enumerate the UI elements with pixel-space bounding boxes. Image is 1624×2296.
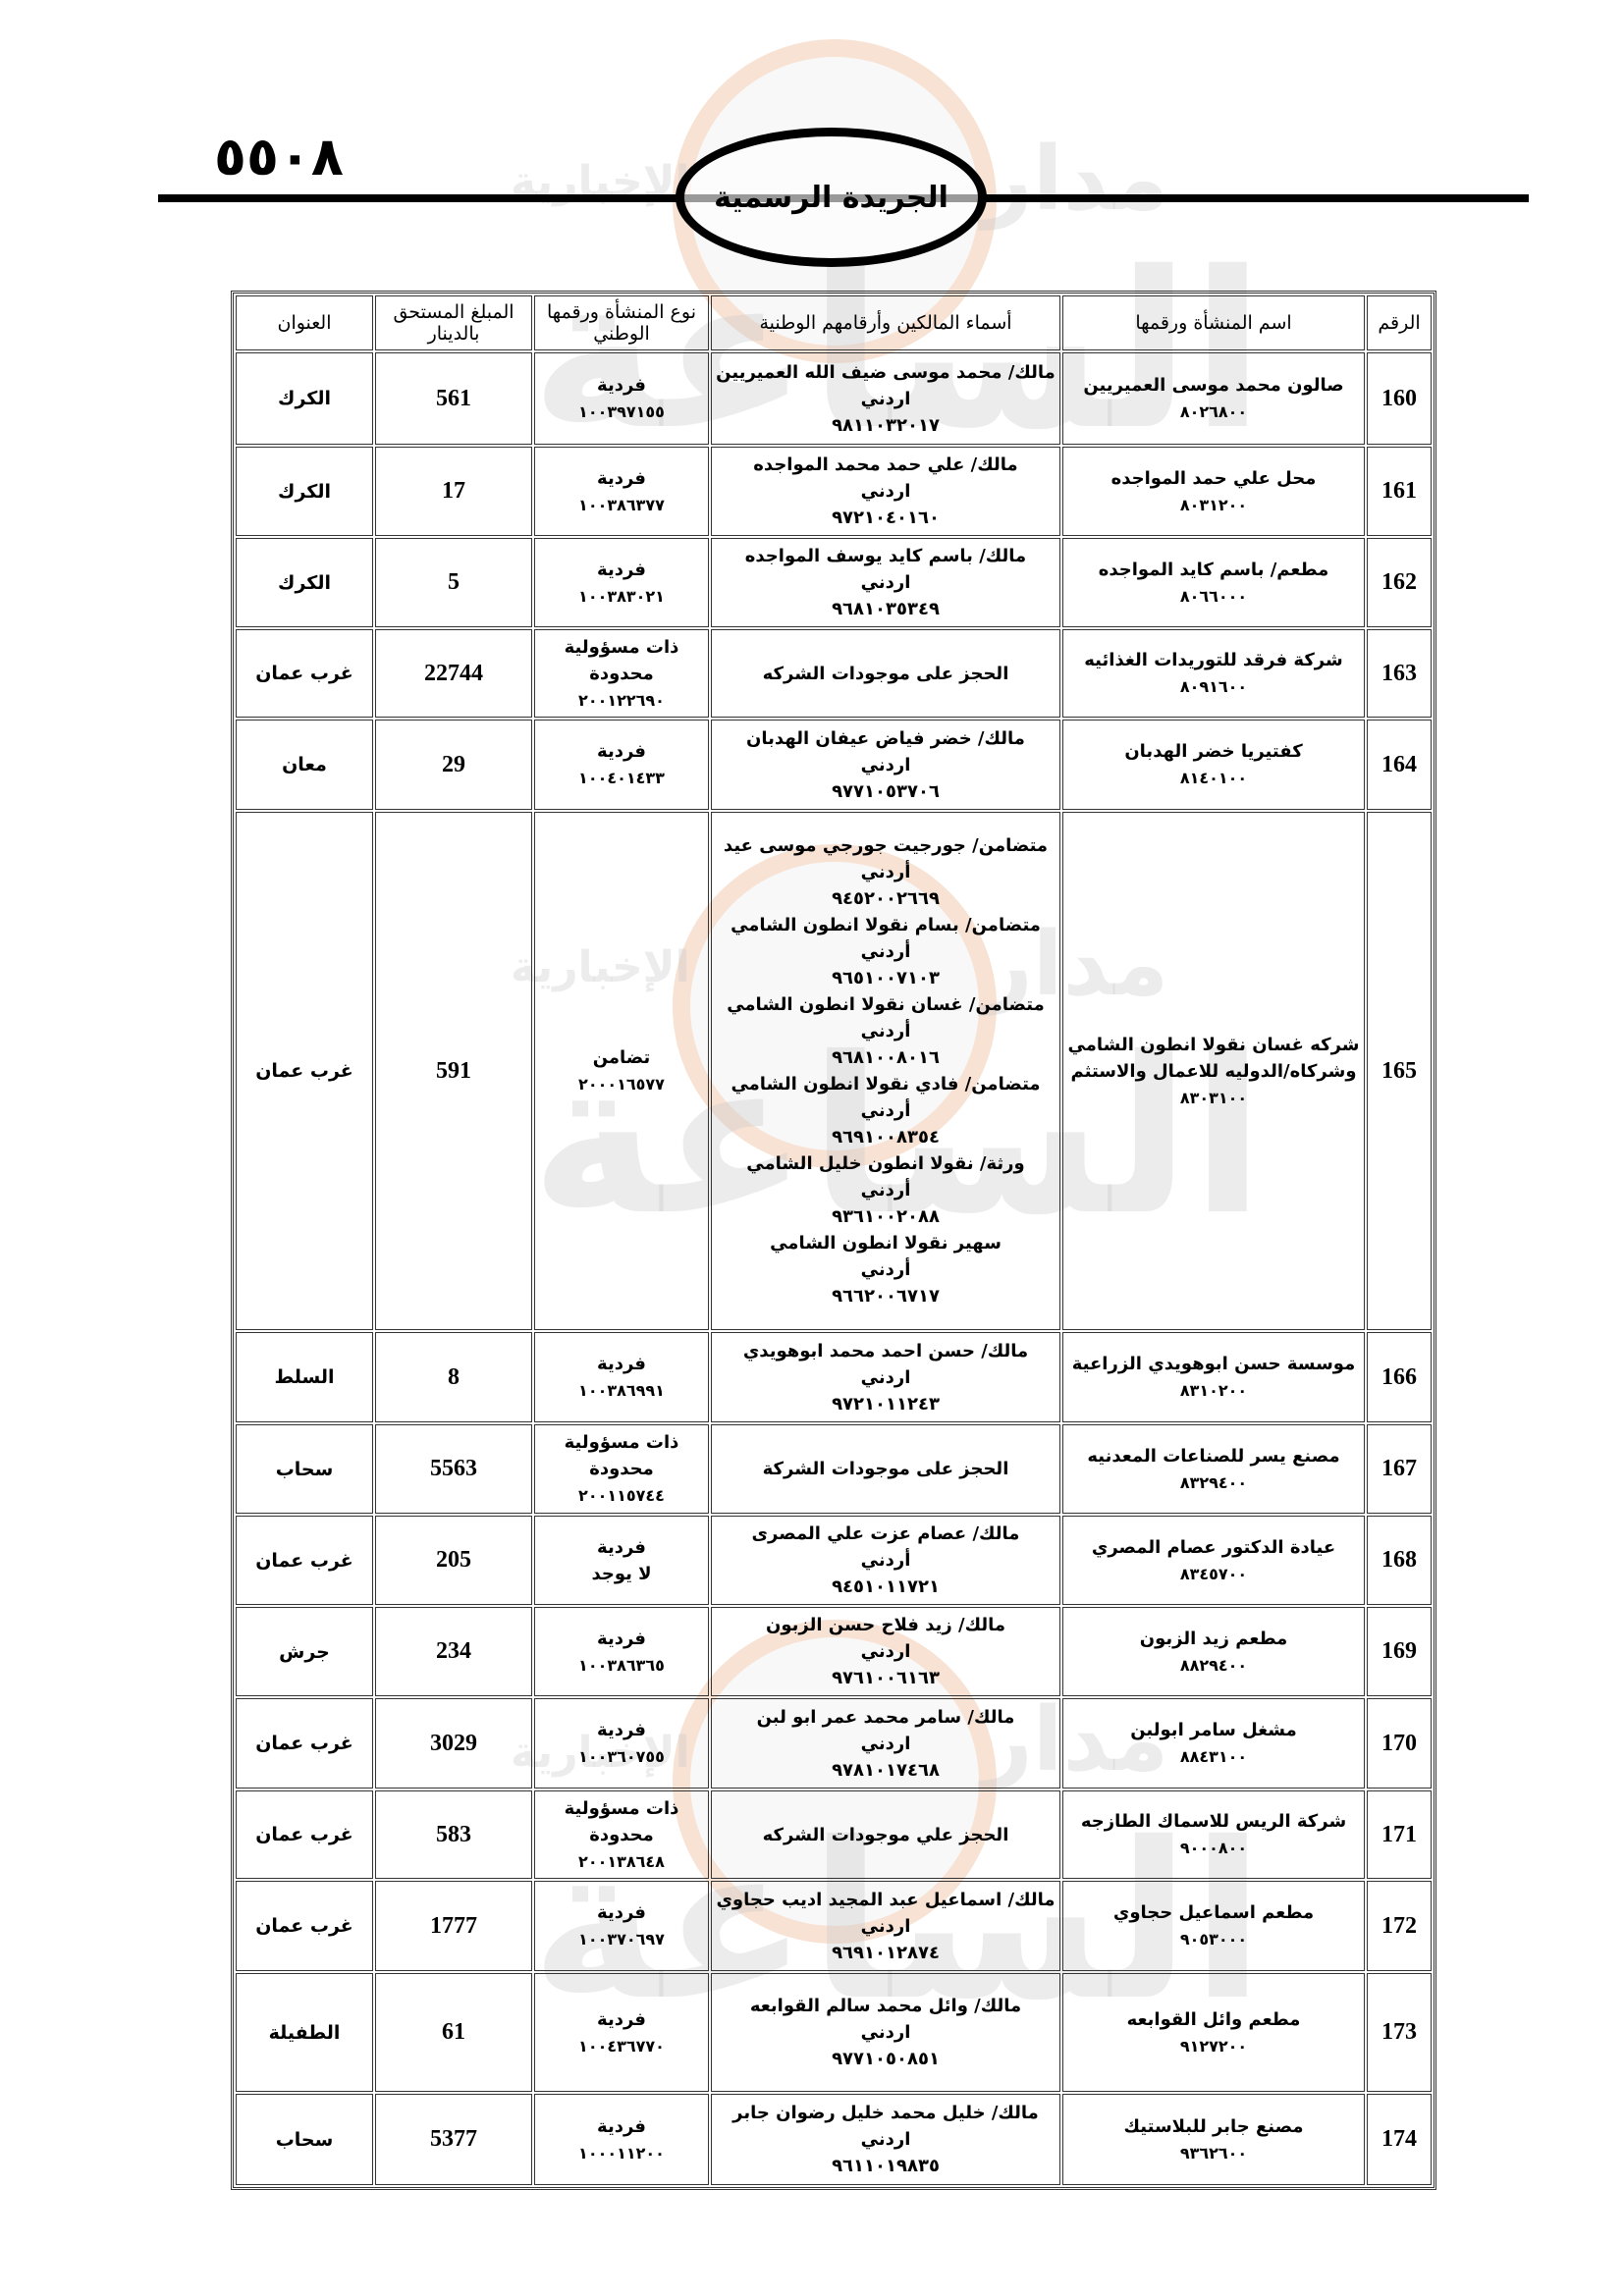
type-line: فردية [539, 1534, 704, 1561]
establishment-line: ٨٠٣١٢٠٠ [1067, 492, 1360, 518]
owners-cell: مالك/ زيد فلاح حسن الزبوناردني٩٧٦١٠٠٦١٦٣ [711, 1607, 1060, 1696]
table-row: 163شركة فرقد للتوريدات الغذائيه٨٠٩١٦٠٠ال… [236, 629, 1432, 718]
type-cell: ذات مسؤوليةمحدودة٢٠٠١٣٨٦٤٨ [534, 1790, 709, 1879]
table-row: 166موسسة حسن ابوهويدي الزراعية٨٣١٠٢٠٠مال… [236, 1332, 1432, 1422]
table-row: 164كفتيريا خضر الهدبان٨١٤٠١٠٠مالك/ خضر ف… [236, 720, 1432, 810]
establishment-cell: شركه غسان نقولا انطون الشاميوشركاه/الدول… [1062, 812, 1365, 1330]
establishment-line: ٨٠٦٦٠٠٠ [1067, 583, 1360, 610]
establishment-cell: مصنع يسر للصناعات المعدنيه٨٣٢٩٤٠٠ [1062, 1424, 1365, 1514]
type-line: فردية [539, 1626, 704, 1652]
table-row: 167مصنع يسر للصناعات المعدنيه٨٣٢٩٤٠٠الحج… [236, 1424, 1432, 1514]
owner-line: ٩٤٥١٠١١٧٢١ [716, 1574, 1056, 1600]
row-number: 172 [1367, 1881, 1432, 1971]
amount-due: 22744 [375, 629, 532, 718]
establishment-cell: مطعم زيد الزبون٨٨٢٩٤٠٠ [1062, 1607, 1365, 1696]
establishment-cell: كفتيريا خضر الهدبان٨١٤٠١٠٠ [1062, 720, 1365, 810]
establishment-line: وشركاه/الدوليه للاعمال والاستثم [1067, 1058, 1360, 1085]
row-number: 174 [1367, 2094, 1432, 2185]
amount-due: 583 [375, 1790, 532, 1879]
amount-due: 561 [375, 352, 532, 445]
type-line: ١٠٠٣٨٣٠٢١ [539, 583, 704, 610]
row-number: 169 [1367, 1607, 1432, 1696]
owners-cell: متضامن/ جورجيت جورجي موسى عيدأردني٩٤٥٢٠٠… [711, 812, 1060, 1330]
owner-line: اردني [716, 2126, 1056, 2153]
address: غرب عمان [236, 1698, 373, 1789]
owner-line: أردني [716, 1256, 1056, 1283]
type-cell: فردية١٠٠٣٦٠٧٥٥ [534, 1698, 709, 1789]
establishment-line: صالون محمد موسى العميريين [1067, 372, 1360, 399]
type-line: ١٠٠٣٩٧١٥٥ [539, 399, 704, 425]
type-cell: فرديةلا يوجد [534, 1516, 709, 1605]
owner-line: مالك/ وائل محمد سالم القوابعه [716, 1993, 1056, 2019]
row-number: 171 [1367, 1790, 1432, 1879]
table-row: 165شركه غسان نقولا انطون الشاميوشركاه/ال… [236, 812, 1432, 1330]
owner-line: أردني [716, 1097, 1056, 1124]
owner-line: اردني [716, 569, 1056, 596]
owner-line: اردني [716, 1731, 1056, 1757]
owners-cell: مالك/ عصام عزت علي المصرىأردني٩٤٥١٠١١٧٢١ [711, 1516, 1060, 1605]
table-row: 173مطعم وائل القوابعه٩١٢٧٢٠٠مالك/ وائل م… [236, 1973, 1432, 2092]
table-row: 168عيادة الدكتور عصام المصري٨٣٤٥٧٠٠مالك/… [236, 1516, 1432, 1605]
type-line: ١٠٠٠١١٢٠٠ [539, 2140, 704, 2166]
owners-cell: الحجز على موجودات الشركة [711, 1424, 1060, 1514]
type-cell: فردية١٠٠٣٨٣٠٢١ [534, 538, 709, 627]
establishment-line: ٨٨٢٩٤٠٠ [1067, 1652, 1360, 1679]
type-line: فردية [539, 2113, 704, 2140]
amount-due: 17 [375, 447, 532, 536]
establishment-line: كفتيريا خضر الهدبان [1067, 738, 1360, 765]
address: الكرك [236, 352, 373, 445]
establishment-line: مصنع يسر للصناعات المعدنيه [1067, 1443, 1360, 1469]
gazette-title: الجريدة الرسمية [714, 181, 948, 215]
amount-due: 5377 [375, 2094, 532, 2185]
table-row: 169مطعم زيد الزبون٨٨٢٩٤٠٠مالك/ زيد فلاح … [236, 1607, 1432, 1696]
owner-line: ٩٦٨١٠٠٨٠١٦ [716, 1044, 1056, 1071]
row-number: 161 [1367, 447, 1432, 536]
owner-line: مالك/ محمد موسى ضيف الله العميريين [716, 359, 1056, 386]
type-line: محدودة [539, 1822, 704, 1848]
owner-line: مالك/ اسماعيل عبد المجيد اديب حجاوي [716, 1887, 1056, 1913]
owner-line: ٩٧٦١٠٠٦١٦٣ [716, 1665, 1056, 1691]
amount-due: 205 [375, 1516, 532, 1605]
table-row: 171شركة الريس للاسماك الطازجه٩٠٠٠٨٠٠الحج… [236, 1790, 1432, 1879]
type-cell: تضامن٢٠٠٠١٦٥٧٧ [534, 812, 709, 1330]
type-line: ١٠٠٣٨٦٩٩١ [539, 1377, 704, 1404]
owner-line: ٩٧٧١٠٥٠٨٥١ [716, 2046, 1056, 2072]
row-number: 163 [1367, 629, 1432, 718]
type-line: فردية [539, 465, 704, 492]
establishment-cell: شركة الريس للاسماك الطازجه٩٠٠٠٨٠٠ [1062, 1790, 1365, 1879]
type-line: ٢٠٠١١٥٧٤٤ [539, 1482, 704, 1509]
type-cell: فردية١٠٠٤٠١٤٣٣ [534, 720, 709, 810]
type-line: فردية [539, 1351, 704, 1377]
type-line: محدودة [539, 1456, 704, 1482]
owner-line: ٩٦٦٢٠٠٦٧١٧ [716, 1283, 1056, 1309]
type-line: ٢٠٠١٢٢٦٩٠ [539, 687, 704, 714]
establishment-line: محل علي حمد المواجده [1067, 465, 1360, 492]
type-line: تضامن [539, 1044, 704, 1071]
owner-line: مالك/ علي حمد محمد المواجده [716, 452, 1056, 478]
amount-due: 3029 [375, 1698, 532, 1789]
type-line: ١٠٠٣٨٦٣٦٥ [539, 1652, 704, 1679]
type-cell: فردية١٠٠٤٣٦٧٧٠ [534, 1973, 709, 2092]
column-header-owners: أسماء المالكين وأرقامهم الوطنية [711, 295, 1060, 350]
owner-line: متضامن/ جورجيت جورجي موسى عيد [716, 832, 1056, 859]
owner-line: ٩٧٢١٠٤٠١٦٠ [716, 505, 1056, 531]
type-cell: فردية١٠٠٣٨٦٣٧٧ [534, 447, 709, 536]
owner-line: الحجز علي موجودات الشركه [716, 1822, 1056, 1848]
establishment-line: مشغل سامر ابولبن [1067, 1717, 1360, 1743]
column-header-amount: المبلغ المستحق بالدينار [375, 295, 532, 350]
owner-line: مالك/ حسن احمد محمد ابوهويدي [716, 1338, 1056, 1364]
establishment-line: ٨١٤٠١٠٠ [1067, 765, 1360, 791]
establishment-cell: مطعم وائل القوابعه٩١٢٧٢٠٠ [1062, 1973, 1365, 2092]
address: غرب عمان [236, 1516, 373, 1605]
page-number: ٥٥٠٨ [214, 126, 344, 187]
address: معان [236, 720, 373, 810]
establishment-line: شركه غسان نقولا انطون الشامي [1067, 1032, 1360, 1058]
table-row: 174مصنع جابر للبلاستيك٩٣٦٢٦٠٠مالك/ خليل … [236, 2094, 1432, 2185]
address: جرش [236, 1607, 373, 1696]
table-row: 160صالون محمد موسى العميريين٨٠٢٦٨٠٠مالك/… [236, 352, 1432, 445]
establishment-line: شركة فرقد للتوريدات الغذائيه [1067, 647, 1360, 673]
owners-cell: الحجز علي موجودات الشركه [711, 1790, 1060, 1879]
address: غرب عمان [236, 812, 373, 1330]
establishment-line: شركة الريس للاسماك الطازجه [1067, 1808, 1360, 1835]
amount-due: 5 [375, 538, 532, 627]
owner-line: ٩٧٨١٠١٧٤٦٨ [716, 1757, 1056, 1784]
type-line: فردية [539, 372, 704, 399]
establishment-line: ٨٣٢٩٤٠٠ [1067, 1469, 1360, 1496]
notice-table: الرقم اسم المنشأة ورقمها أسماء المالكين … [231, 291, 1436, 2190]
owner-line: أردني [716, 938, 1056, 965]
amount-due: 29 [375, 720, 532, 810]
type-cell: ذات مسؤوليةمحدودة٢٠٠١٢٢٦٩٠ [534, 629, 709, 718]
type-line: ١٠٠٤٣٦٧٧٠ [539, 2033, 704, 2059]
type-line: ٢٠٠٠١٦٥٧٧ [539, 1071, 704, 1097]
owner-line: ورثة/ نقولا انطون خليل الشامي [716, 1150, 1056, 1177]
owners-cell: مالك/ وائل محمد سالم القوابعهاردني٩٧٧١٠٥… [711, 1973, 1060, 2092]
type-line: فردية [539, 557, 704, 583]
watermark-brand-top: مدار [982, 128, 1168, 231]
establishment-cell: مطعم/ باسم كايد المواجده٨٠٦٦٠٠٠ [1062, 538, 1365, 627]
owner-line: أردني [716, 859, 1056, 885]
establishment-line: ٨٠٢٦٨٠٠ [1067, 399, 1360, 425]
owners-cell: مالك/ علي حمد محمد المواجدهاردني٩٧٢١٠٤٠١… [711, 447, 1060, 536]
establishment-line: مصنع جابر للبلاستيك [1067, 2113, 1360, 2140]
establishment-cell: موسسة حسن ابوهويدي الزراعية٨٣١٠٢٠٠ [1062, 1332, 1365, 1422]
owner-line: مالك/ عصام عزت علي المصرى [716, 1521, 1056, 1547]
establishment-cell: مطعم اسماعيل حجاوي٩٠٥٣٠٠٠ [1062, 1881, 1365, 1971]
gazette-title-emblem: الجريدة الرسمية [676, 128, 987, 267]
type-line: ١٠٠٣٨٦٣٧٧ [539, 492, 704, 518]
establishment-line: ٨٨٤٣١٠٠ [1067, 1743, 1360, 1770]
amount-due: 8 [375, 1332, 532, 1422]
owners-cell: مالك/ خليل محمد خليل رضوان جابراردني٩٦١١… [711, 2094, 1060, 2185]
establishment-line: ٩٠٥٣٠٠٠ [1067, 1926, 1360, 1952]
establishment-line: ٩١٢٧٢٠٠ [1067, 2033, 1360, 2059]
owner-line: اردني [716, 1638, 1056, 1665]
type-line: ١٠٠٤٠١٤٣٣ [539, 765, 704, 791]
row-number: 173 [1367, 1973, 1432, 2092]
establishment-cell: صالون محمد موسى العميريين٨٠٢٦٨٠٠ [1062, 352, 1365, 445]
owner-line: الحجز على موجودات الشركة [716, 1456, 1056, 1482]
table-row: 161محل علي حمد المواجده٨٠٣١٢٠٠مالك/ علي … [236, 447, 1432, 536]
owner-line: اردني [716, 752, 1056, 778]
type-cell: فردية١٠٠٣٨٦٣٦٥ [534, 1607, 709, 1696]
amount-due: 234 [375, 1607, 532, 1696]
owner-line: اردني [716, 386, 1056, 412]
address: سحاب [236, 1424, 373, 1514]
amount-due: 1777 [375, 1881, 532, 1971]
owner-line: اردني [716, 2019, 1056, 2046]
owner-line: أردني [716, 1018, 1056, 1044]
type-cell: فردية١٠٠٣٩٧١٥٥ [534, 352, 709, 445]
address: الكرك [236, 447, 373, 536]
column-header-type: نوع المنشأة ورقمها الوطني [534, 295, 709, 350]
address: غرب عمان [236, 1881, 373, 1971]
owner-line: ٩٨١١٠٣٢٠١٧ [716, 412, 1056, 439]
amount-due: 591 [375, 812, 532, 1330]
establishment-line: مطعم/ باسم كايد المواجده [1067, 557, 1360, 583]
row-number: 167 [1367, 1424, 1432, 1514]
establishment-cell: مصنع جابر للبلاستيك٩٣٦٢٦٠٠ [1062, 2094, 1365, 2185]
establishment-line: ٨٣٤٥٧٠٠ [1067, 1561, 1360, 1587]
owner-line: ٩٤٥٢٠٠٢٦٦٩ [716, 885, 1056, 912]
owner-line: مالك/ زيد فلاح حسن الزبون [716, 1612, 1056, 1638]
owner-line: ٩٦٥١٠٠٧١٠٣ [716, 965, 1056, 991]
row-number: 164 [1367, 720, 1432, 810]
establishment-line: مطعم وائل القوابعه [1067, 2006, 1360, 2033]
owner-line: ٩٧٢١٠١١٢٤٣ [716, 1391, 1056, 1417]
owner-line: اردني [716, 478, 1056, 505]
column-header-address: العنوان [236, 295, 373, 350]
amount-due: 61 [375, 1973, 532, 2092]
type-line: فردية [539, 1717, 704, 1743]
establishment-line: ٨٣١٠٢٠٠ [1067, 1377, 1360, 1404]
column-header-number: الرقم [1367, 295, 1432, 350]
owner-line: مالك/ خليل محمد خليل رضوان جابر [716, 2100, 1056, 2126]
establishment-line: موسسة حسن ابوهويدي الزراعية [1067, 1351, 1360, 1377]
type-line: فردية [539, 738, 704, 765]
owner-line: اردني [716, 1913, 1056, 1940]
establishment-cell: مشغل سامر ابولبن٨٨٤٣١٠٠ [1062, 1698, 1365, 1789]
establishment-cell: محل علي حمد المواجده٨٠٣١٢٠٠ [1062, 447, 1365, 536]
table-header-row: الرقم اسم المنشأة ورقمها أسماء المالكين … [236, 295, 1432, 350]
column-header-establishment: اسم المنشأة ورقمها [1062, 295, 1365, 350]
type-line: ذات مسؤولية [539, 634, 704, 661]
address: السلط [236, 1332, 373, 1422]
type-line: ذات مسؤولية [539, 1429, 704, 1456]
owner-line: ٩٣٦١٠٠٢٠٨٨ [716, 1203, 1056, 1230]
type-line: ذات مسؤولية [539, 1795, 704, 1822]
type-cell: فردية١٠٠٣٨٦٩٩١ [534, 1332, 709, 1422]
row-number: 168 [1367, 1516, 1432, 1605]
row-number: 170 [1367, 1698, 1432, 1789]
owners-cell: الحجز على موجودات الشركه [711, 629, 1060, 718]
owner-line: أردني [716, 1177, 1056, 1203]
table-row: 170مشغل سامر ابولبن٨٨٤٣١٠٠مالك/ سامر محم… [236, 1698, 1432, 1789]
row-number: 166 [1367, 1332, 1432, 1422]
establishment-line: مطعم اسماعيل حجاوي [1067, 1899, 1360, 1926]
owner-line: مالك/ سامر محمد عمر ابو لبن [716, 1704, 1056, 1731]
type-cell: فردية١٠٠٣٧٠٦٩٧ [534, 1881, 709, 1971]
establishment-line: ٨٠٩١٦٠٠ [1067, 673, 1360, 700]
owner-line: ٩٧٧١٠٥٣٧٠٦ [716, 778, 1056, 805]
establishment-cell: عيادة الدكتور عصام المصري٨٣٤٥٧٠٠ [1062, 1516, 1365, 1605]
establishment-line: مطعم زيد الزبون [1067, 1626, 1360, 1652]
owners-cell: مالك/ حسن احمد محمد ابوهويدياردني٩٧٢١٠١١… [711, 1332, 1060, 1422]
owners-cell: مالك/ محمد موسى ضيف الله العميرييناردني٩… [711, 352, 1060, 445]
table-row: 172مطعم اسماعيل حجاوي٩٠٥٣٠٠٠مالك/ اسماعي… [236, 1881, 1432, 1971]
establishment-cell: شركة فرقد للتوريدات الغذائيه٨٠٩١٦٠٠ [1062, 629, 1365, 718]
address: غرب عمان [236, 629, 373, 718]
owners-cell: مالك/ خضر فياض عيفان الهدباناردني٩٧٧١٠٥٣… [711, 720, 1060, 810]
address: الكرك [236, 538, 373, 627]
type-cell: فردية١٠٠٠١١٢٠٠ [534, 2094, 709, 2185]
type-line: ١٠٠٣٧٠٦٩٧ [539, 1926, 704, 1952]
owners-cell: مالك/ سامر محمد عمر ابو لبناردني٩٧٨١٠١٧٤… [711, 1698, 1060, 1789]
type-line: لا يوجد [539, 1561, 704, 1587]
type-line: ٢٠٠١٣٨٦٤٨ [539, 1848, 704, 1875]
type-line: فردية [539, 2006, 704, 2033]
address: الطفيلة [236, 1973, 373, 2092]
owner-line: أردني [716, 1547, 1056, 1574]
amount-due: 5563 [375, 1424, 532, 1514]
type-line: فردية [539, 1899, 704, 1926]
establishment-line: ٩٠٠٠٨٠٠ [1067, 1835, 1360, 1861]
owner-line: ٩٦٩١٠١٢٨٧٤ [716, 1940, 1056, 1966]
address: غرب عمان [236, 1790, 373, 1879]
establishment-line: ٨٣٠٣١٠٠ [1067, 1085, 1360, 1111]
owner-line: متضامن/ بسام نقولا انطون الشامي [716, 912, 1056, 938]
row-number: 160 [1367, 352, 1432, 445]
type-cell: ذات مسؤوليةمحدودة٢٠٠١١٥٧٤٤ [534, 1424, 709, 1514]
type-line: محدودة [539, 661, 704, 687]
table-row: 162مطعم/ باسم كايد المواجده٨٠٦٦٠٠٠مالك/ … [236, 538, 1432, 627]
establishment-line: ٩٣٦٢٦٠٠ [1067, 2140, 1360, 2166]
owner-line: سهير نقولا انطون الشامي [716, 1230, 1056, 1256]
owners-cell: مالك/ باسم كايد يوسف المواجدهاردني٩٦٨١٠٣… [711, 538, 1060, 627]
owner-line: مالك/ خضر فياض عيفان الهدبان [716, 725, 1056, 752]
row-number: 165 [1367, 812, 1432, 1330]
address: سحاب [236, 2094, 373, 2185]
type-line: ١٠٠٣٦٠٧٥٥ [539, 1743, 704, 1770]
establishment-line: عيادة الدكتور عصام المصري [1067, 1534, 1360, 1561]
owner-line: الحجز على موجودات الشركه [716, 661, 1056, 687]
owner-line: مالك/ باسم كايد يوسف المواجده [716, 543, 1056, 569]
owner-line: متضامن/ فادي نقولا انطون الشامي [716, 1071, 1056, 1097]
owner-line: اردني [716, 1364, 1056, 1391]
owner-line: ٩٦١١٠١٩٨٣٥ [716, 2153, 1056, 2179]
owner-line: ٩٦٨١٠٣٥٣٤٩ [716, 596, 1056, 622]
row-number: 162 [1367, 538, 1432, 627]
owners-cell: مالك/ اسماعيل عبد المجيد اديب حجاوياردني… [711, 1881, 1060, 1971]
owner-line: ٩٦٩١٠٠٨٣٥٤ [716, 1124, 1056, 1150]
owner-line: متضامن/ غسان نقولا انطون الشامي [716, 991, 1056, 1018]
